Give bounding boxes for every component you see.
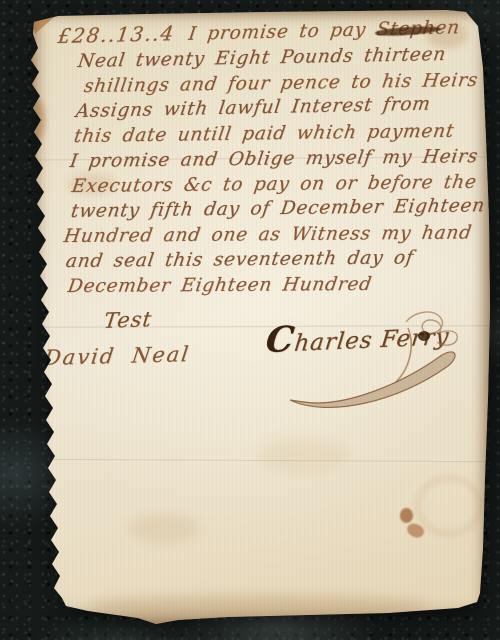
seal-scribble xyxy=(406,312,457,345)
note-line: and seal this seventeenth day of xyxy=(64,245,484,274)
signature-flourish-and-seal xyxy=(258,300,488,430)
photo-scene: £28..13..4I promise to pay Stephen Neal … xyxy=(0,0,500,640)
amount-figure: £28..13..4 xyxy=(56,21,176,48)
stain xyxy=(23,263,40,301)
signature-ink-blot xyxy=(418,331,430,341)
paper-shadow-wrap: £28..13..4I promise to pay Stephen Neal … xyxy=(0,0,500,640)
note-body-text: £28..13..4I promise to pay Stephen Neal … xyxy=(46,24,482,299)
witness-signature: David Neal xyxy=(42,342,191,370)
signature-flourish xyxy=(290,352,455,408)
signature-descender xyxy=(396,328,411,382)
promissory-note-paper: £28..13..4I promise to pay Stephen Neal … xyxy=(28,8,490,624)
attestation-label: Test xyxy=(103,307,154,333)
note-line: twenty fifth day of December Eighteen xyxy=(69,193,484,224)
note-line: December Eighteen Hundred xyxy=(66,271,484,299)
